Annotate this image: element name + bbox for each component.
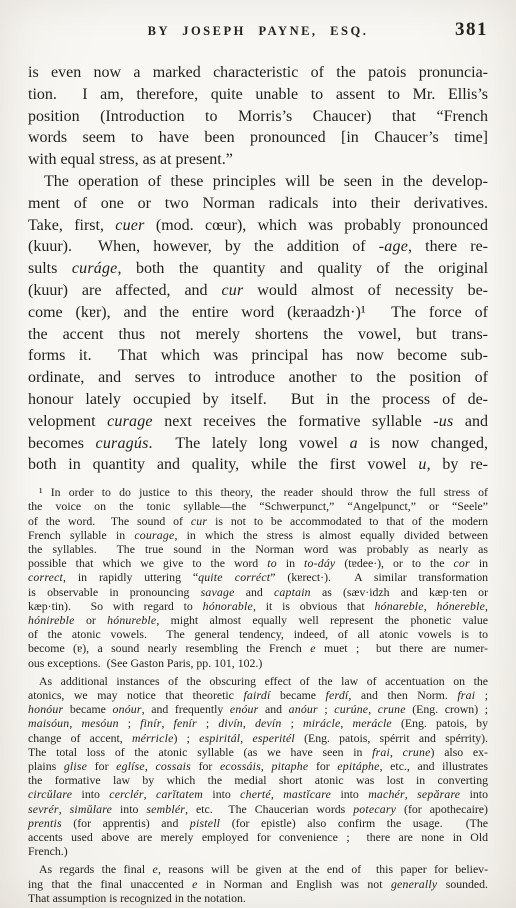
text-line: French syllable in courage, in which the… [28,528,488,542]
text-line: ous exceptions. (See Gaston Paris, pp. 1… [28,656,488,670]
text-line: kæp·tin). So with regard to hónorable, i… [28,599,488,613]
text-line: The total loss of the atonic syllable (a… [28,745,488,759]
text-line: ing that the final unaccented e in Norma… [28,877,488,891]
text-line: come (kɐr), and the entire word (kɐraadz… [28,302,488,324]
paragraph: is even now a marked characteristic of t… [28,62,488,171]
text-line: French.) [28,844,488,858]
text-line: both in quantity and quality, while the … [28,454,488,476]
text-line: ment of one or two Norman radicals into … [28,193,488,215]
document-page: BY JOSEPH PAYNE, ESQ. 381 is even now a … [0,0,516,908]
text-line: (kuur) are affected, and cur would almos… [28,280,488,302]
text-line: circŭlare into cerclér, carĭtatem into c… [28,787,488,801]
text-line: That assumption is recognized in the not… [28,891,488,905]
text-line: the accent thus not merely shortens the … [28,324,488,346]
text-line: forms it. That which was principal has n… [28,345,488,367]
text-line: As regards the final e, reasons will be … [28,862,488,876]
text-line: honóur became onóur, and frequently enóu… [28,702,488,716]
text-line: As additional instances of the obscuring… [28,674,488,688]
footnote-text: ¹ In order to do justice to this theory,… [28,485,488,905]
text-line: hónireble or hónureble, might almost equ… [28,613,488,627]
text-line: position (Introduction to Morris’s Chauc… [28,106,488,128]
running-title: BY JOSEPH PAYNE, ESQ. [148,24,369,39]
text-line: The operation of these principles will b… [28,171,488,193]
text-line: become (ɐ), a sound nearly resembling th… [28,641,488,655]
text-line: of the atonic vowels. The general tenden… [28,627,488,641]
text-line: (kuur). When, however, by the addition o… [28,236,488,258]
page-number: 381 [455,19,488,41]
text-line: atonics, we may notice that theoretic fa… [28,688,488,702]
page-header: BY JOSEPH PAYNE, ESQ. 381 [28,22,488,44]
text-line: with equal stress, as at present.” [28,149,488,171]
text-line: ordinate, and serves to introduce anothe… [28,367,488,389]
text-line: tion. I am, therefore, quite unable to a… [28,84,488,106]
text-line: becomes curagús. The lately long vowel a… [28,433,488,455]
text-line: is observable in pronouncing savage and … [28,585,488,599]
paragraph: The operation of these principles will b… [28,171,488,476]
text-line: the syllables. The true sound in the Nor… [28,542,488,556]
text-line: sults curáge, both the quantity and qual… [28,258,488,280]
text-line: words seem to have been pronounced [in C… [28,127,488,149]
paragraph: As regards the final e, reasons will be … [28,862,488,905]
text-line: ¹ In order to do justice to this theory,… [28,485,488,499]
text-line: velopment curage next receives the forma… [28,411,488,433]
text-line: honour lately occupied by itself. But in… [28,389,488,411]
paragraph: As additional instances of the obscuring… [28,674,488,859]
paragraph: ¹ In order to do justice to this theory,… [28,485,488,670]
text-line: the formative law by which the medial sh… [28,773,488,787]
text-line: prentis (for apprentis) and pistell (for… [28,816,488,830]
text-line: accents used above are merely employed f… [28,830,488,844]
body-text: is even now a marked characteristic of t… [28,62,488,476]
text-line: sevrér, simŭlare into semblér, etc. The … [28,802,488,816]
text-line: maisóun, mesóun ; finír, fenír ; divín, … [28,716,488,730]
text-line: of the word. The sound of cur is not to … [28,514,488,528]
text-line: is even now a marked characteristic of t… [28,62,488,84]
text-line: Take, first, cuer (mod. cœur), which was… [28,215,488,237]
text-line: plains glise for eglíse, cossais for eco… [28,759,488,773]
text-line: change of accent, mérricle) ; espiritál,… [28,731,488,745]
text-line: the voice on the tonic syllable—the “Sch… [28,499,488,513]
text-line: correct, in rapidly uttering “quite corr… [28,570,488,584]
text-line: possible that which we give to the word … [28,556,488,570]
